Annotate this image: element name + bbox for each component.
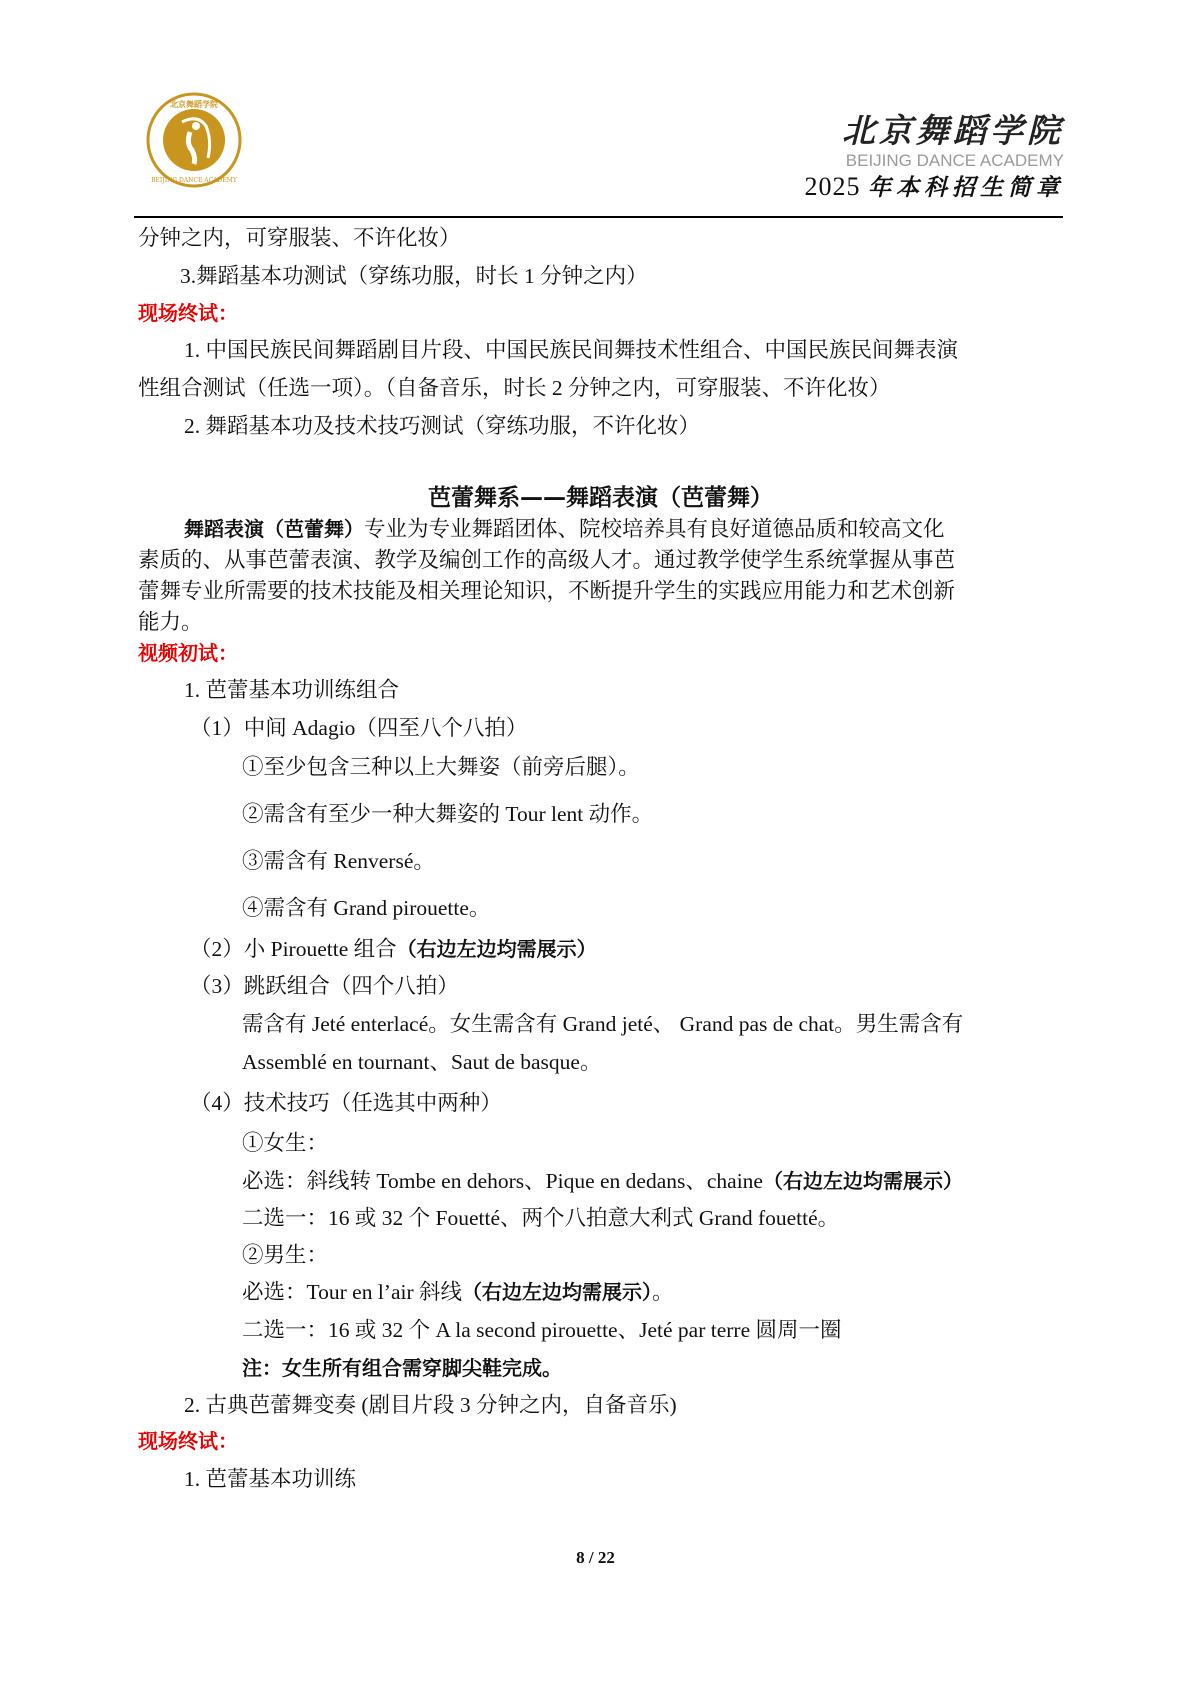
academy-logo-icon: 北京舞蹈学院 BEIJING DANCE ACADEMY xyxy=(146,92,242,188)
brand-name-en: BEIJING DANCE ACADEMY xyxy=(794,152,1064,170)
list-item: Assemblé en tournant、Saut de basque。 xyxy=(242,1047,601,1077)
list-item: ②男生： xyxy=(242,1240,328,1270)
intro-paragraph-line: 能力。 xyxy=(138,607,203,637)
list-item-emphasis: （右边左边均需展示） xyxy=(763,1169,963,1193)
list-item: 1. 芭蕾基本功训练 xyxy=(184,1464,356,1494)
note: 注：女生所有组合需穿脚尖鞋完成。 xyxy=(242,1353,562,1383)
brand-name-cn: 北京舞蹈学院 xyxy=(794,112,1064,150)
header-divider xyxy=(134,216,1063,218)
list-item-emphasis: （右边左边均需展示） xyxy=(462,1280,652,1304)
list-item: 二选一：16 或 32 个 A la second pirouette、Jeté… xyxy=(242,1315,841,1345)
intro-paragraph-line: 素质的、从事芭蕾表演、教学及编创工作的高级人才。通过教学使学生系统掌握从事芭 xyxy=(138,545,955,575)
list-item: （4）技术技巧（任选其中两种） xyxy=(190,1088,502,1118)
brochure-subtitle: 年本科招生简章 xyxy=(868,174,1064,201)
brochure-year: 2025 xyxy=(805,172,861,201)
brochure-title: 2025 年本科招生简章 xyxy=(794,172,1064,203)
list-item-text: 必选：斜线转 Tombe en dehors、Pique en dedans、c… xyxy=(242,1169,763,1193)
list-item: ④需含有 Grand pirouette。 xyxy=(242,893,490,923)
page-header: 北京舞蹈学院 BEIJING DANCE ACADEMY 北京舞蹈学院 BEIJ… xyxy=(0,0,1191,218)
list-item: （3）跳跃组合（四个八拍） xyxy=(190,971,459,1001)
intro-text: 专业为专业舞蹈团体、院校培养具有良好道德品质和较高文化 xyxy=(364,517,945,541)
list-item: ①女生： xyxy=(242,1128,328,1158)
intro-paragraph-line: 舞蹈表演（芭蕾舞）专业为专业舞蹈团体、院校培养具有良好道德品质和较高文化 xyxy=(184,514,945,544)
list-item: ①至少包含三种以上大舞姿（前旁后腿）。 xyxy=(242,752,640,782)
text-line: 1. 中国民族民间舞蹈剧目片段、中国民族民间舞技术性组合、中国民族民间舞表演 xyxy=(184,335,958,365)
list-item: ③需含有 Renversé。 xyxy=(242,846,435,876)
list-item: 二选一：16 或 32 个 Fouetté、两个八拍意大利式 Grand fou… xyxy=(242,1203,839,1233)
text-line: 性组合测试（任选一项）。（自备音乐，时长 2 分钟之内，可穿服装、不许化妆） xyxy=(138,373,891,403)
list-item: 2. 古典芭蕾舞变奏 (剧目片段 3 分钟之内，自备音乐) xyxy=(184,1390,677,1420)
list-item: 必选：Tour en l’air 斜线（右边左边均需展示）。 xyxy=(242,1277,674,1307)
intro-bold: 舞蹈表演（芭蕾舞） xyxy=(184,517,364,541)
text-line: 分钟之内，可穿服装、不许化妆） xyxy=(138,223,461,253)
section-label-video-preliminary: 视频初试： xyxy=(138,638,238,668)
section-label-onsite-final: 现场终试： xyxy=(138,298,238,328)
list-item: （2）小 Pirouette 组合（右边左边均需展示） xyxy=(190,934,597,964)
list-item-text: 必选：Tour en l’air 斜线 xyxy=(242,1280,462,1304)
list-item: 必选：斜线转 Tombe en dehors、Pique en dedans、c… xyxy=(242,1166,963,1196)
intro-paragraph-line: 蕾舞专业所需要的技术技能及相关理论知识，不断提升学生的实践应用能力和艺术创新 xyxy=(138,576,955,606)
text-line: 2. 舞蹈基本功及技术技巧测试（穿练功服，不许化妆） xyxy=(184,411,700,441)
section-title: 芭蕾舞系——舞蹈表演（芭蕾舞） xyxy=(138,483,1063,513)
list-item-emphasis: （右边左边均需展示） xyxy=(397,937,597,961)
brand-block: 北京舞蹈学院 BEIJING DANCE ACADEMY 2025 年本科招生简… xyxy=(794,112,1064,203)
list-item: ②需含有至少一种大舞姿的 Tour lent 动作。 xyxy=(242,799,653,829)
list-item: （1）中间 Adagio（四至八个八拍） xyxy=(190,713,527,743)
page-number: 8 / 22 xyxy=(0,1548,1191,1568)
list-item-text: （2）小 Pirouette 组合 xyxy=(190,937,397,961)
list-item-text: 。 xyxy=(652,1280,674,1304)
svg-text:北京舞蹈学院: 北京舞蹈学院 xyxy=(170,99,219,109)
section-label-onsite-final: 现场终试： xyxy=(138,1426,238,1456)
list-item: 需含有 Jeté enterlacé。女生需含有 Grand jeté、 Gra… xyxy=(242,1009,963,1039)
list-item: 1. 芭蕾基本功训练组合 xyxy=(184,675,399,705)
svg-text:BEIJING DANCE ACADEMY: BEIJING DANCE ACADEMY xyxy=(151,177,238,184)
text-line: 3.舞蹈基本功测试（穿练功服，时长 1 分钟之内） xyxy=(180,261,648,291)
